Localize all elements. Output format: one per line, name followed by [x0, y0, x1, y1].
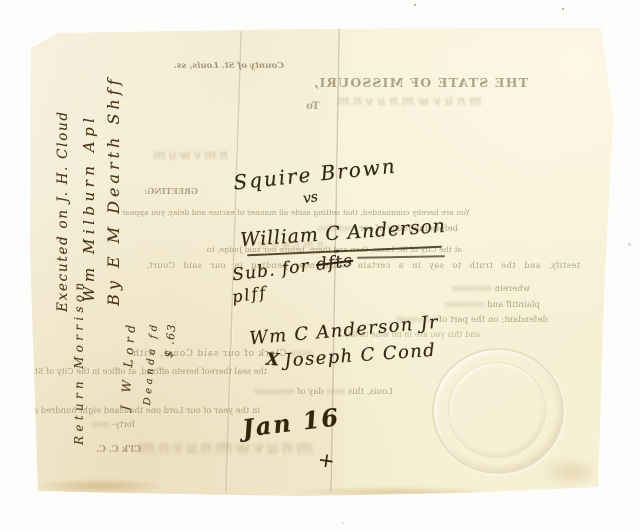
subpoena-note-suffix: plff: [231, 283, 269, 307]
served-name-2: Joseph C Cond: [283, 340, 436, 372]
bleed-county-line: County of St. Louis, ss.: [185, 61, 284, 71]
bleed-scribble: mnv: [327, 387, 346, 397]
bleed-scribble: nmvwum: [445, 300, 485, 310]
bleed-scribble: nmvwum: [452, 284, 492, 294]
bleed-state-header: THE STATE OF MISSOURI,: [322, 75, 528, 90]
bleed-scribble: nmvwum: [255, 387, 295, 397]
bleed-body-line-5: wherein nmvwum: [350, 284, 530, 294]
plus-mark: +: [316, 447, 336, 473]
bleed-witness-line-3: Louis, this mnv day of nmvwum: [128, 387, 393, 397]
stain: [36, 478, 166, 494]
bleed-to-name-ghost: mnuvwmnuvnm: [333, 94, 482, 109]
paper-sheet: County of St. Louis, ss. THE STATE OF MI…: [0, 0, 640, 531]
subpoena-note-struck-word: dfts: [315, 251, 354, 275]
bleed-signature-ghost: mnuvwmnuvnm: [135, 437, 313, 458]
embossed-seal: [432, 348, 564, 474]
bleed-body-line-5-text: wherein: [495, 284, 530, 294]
bleed-witness-line-5-text: forty-: [112, 419, 135, 429]
bleed-witness-line-4: in the year of our Lord one thousand eig…: [28, 405, 260, 415]
bleed-court-name-ghost: nmvwum: [150, 148, 228, 163]
scanner-speck: [342, 522, 344, 524]
sheriff-return-line-2: Wm Milburn Apl: [80, 114, 98, 302]
bleed-scribble: mnv: [91, 419, 109, 429]
bleed-body-line-6: plaintiff and nmvwum: [340, 300, 540, 310]
sheriff-return-line-1: Executed on J. H. Cloud: [55, 110, 71, 312]
bleed-to-label: To: [306, 100, 320, 112]
scanner-speck: [628, 243, 631, 246]
bleed-witness-line-3b-text: day of: [297, 387, 324, 397]
scanner-speck: [562, 8, 564, 10]
document-scan: County of St. Louis, ss. THE STATE OF MI…: [0, 0, 640, 531]
cross-mark: X: [265, 350, 279, 371]
stain: [290, 486, 500, 498]
bleed-body-line-7-text: defendant; on the part of: [439, 315, 548, 325]
stain: [540, 455, 600, 489]
ditto-underline: [357, 255, 445, 258]
bleed-clerk-label: Cl'k C. C.: [85, 445, 141, 455]
sheriff-return-line-4: Return Morrison: [72, 279, 86, 445]
bleed-witness-line-3a-text: Louis, this: [348, 387, 393, 397]
embossed-seal-inner-ring: [448, 362, 546, 458]
scanner-speck: [414, 4, 416, 6]
bleed-greeting: GREETING:: [140, 186, 198, 196]
versus-label: vs: [302, 189, 319, 207]
bleed-body-line-6-text: plaintiff and: [487, 300, 540, 310]
sheriff-return-line-3: By E M Dearth Shff: [104, 75, 123, 306]
